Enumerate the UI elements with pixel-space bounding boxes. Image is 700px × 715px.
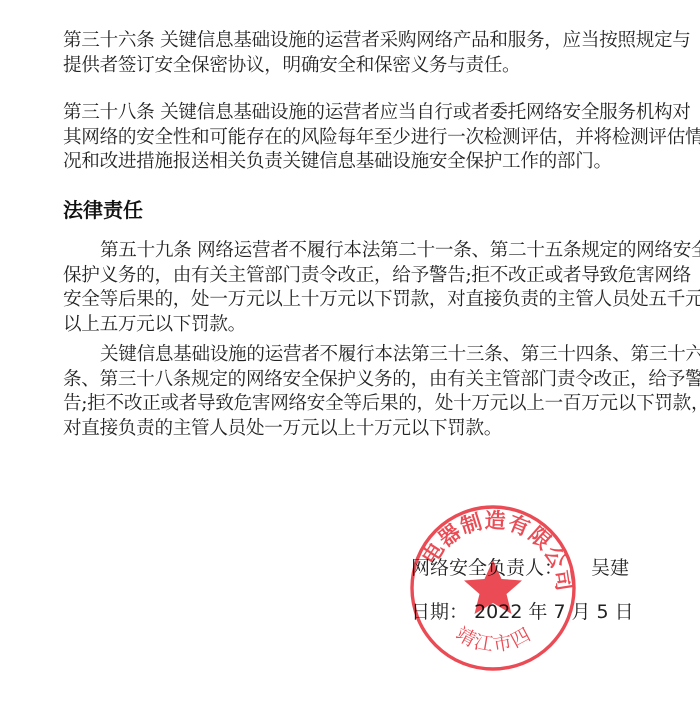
text-line: 关键信息基础设施的运营者不履行本法第三十三条、第三十四条、第三十六 [63,343,700,368]
text-line: 以上五万元以下罚款。 [63,313,700,338]
article-38-paragraph: 第三十八条 关键信息基础设施的运营者应当自行或者委托网络安全服务机构对 其网络的… [63,101,700,175]
text-line: 安全等后果的，处一万元以上十万元以下罚款，对直接负责的主管人员处五千元 [63,288,700,313]
text-line: 提供者签订安全保密协议，明确安全和保密义务与责任。 [63,54,691,79]
text-line: 第三十八条 关键信息基础设施的运营者应当自行或者委托网络安全服务机构对 [63,101,700,126]
text-line: 第五十九条 网络运营者不履行本法第二十一条、第二十五条规定的网络安全 [63,239,700,264]
text-line: 告;拒不改正或者导致危害网络安全等后果的，处十万元以上一百万元以下罚款， [63,392,700,417]
text-line: 况和改进措施报送相关负责关键信息基础设施安全保护工作的部门。 [63,150,700,175]
svg-text:靖江市四: 靖江市四 [452,623,536,656]
person-name: 吴建 [591,557,629,579]
text-line: 其网络的安全性和可能存在的风险每年至少进行一次检测评估，并将检测评估情 [63,126,700,151]
text-line: 条、第三十八条规定的网络安全保护义务的，由有关主管部门责令改正，给予警 [63,368,700,393]
text-line: 第三十六条 关键信息基础设施的运营者采购网络产品和服务，应当按照规定与 [63,29,691,54]
date-day: 5 [597,601,609,623]
text-line: 对直接负责的主管人员处一万元以上十万元以下罚款。 [63,417,700,442]
article-36-paragraph: 第三十六条 关键信息基础设施的运营者采购网络产品和服务，应当按照规定与 提供者签… [63,29,691,78]
date-day-unit: 日 [615,601,634,623]
text-line: 保护义务的，由有关主管部门责令改正，给予警告;拒不改正或者导致危害网络 [63,264,700,289]
section-heading-legal-liability: 法律责任 [63,197,143,223]
article-59-cii-paragraph: 关键信息基础设施的运营者不履行本法第三十三条、第三十四条、第三十六 条、第三十八… [63,343,700,441]
article-59-paragraph: 第五十九条 网络运营者不履行本法第二十一条、第二十五条规定的网络安全 保护义务的… [63,239,700,337]
seal-bottom-text: 靖江市四 [452,623,536,656]
company-seal: 电器制造有限公司 靖江市四 [408,503,578,673]
star-icon [464,560,522,614]
